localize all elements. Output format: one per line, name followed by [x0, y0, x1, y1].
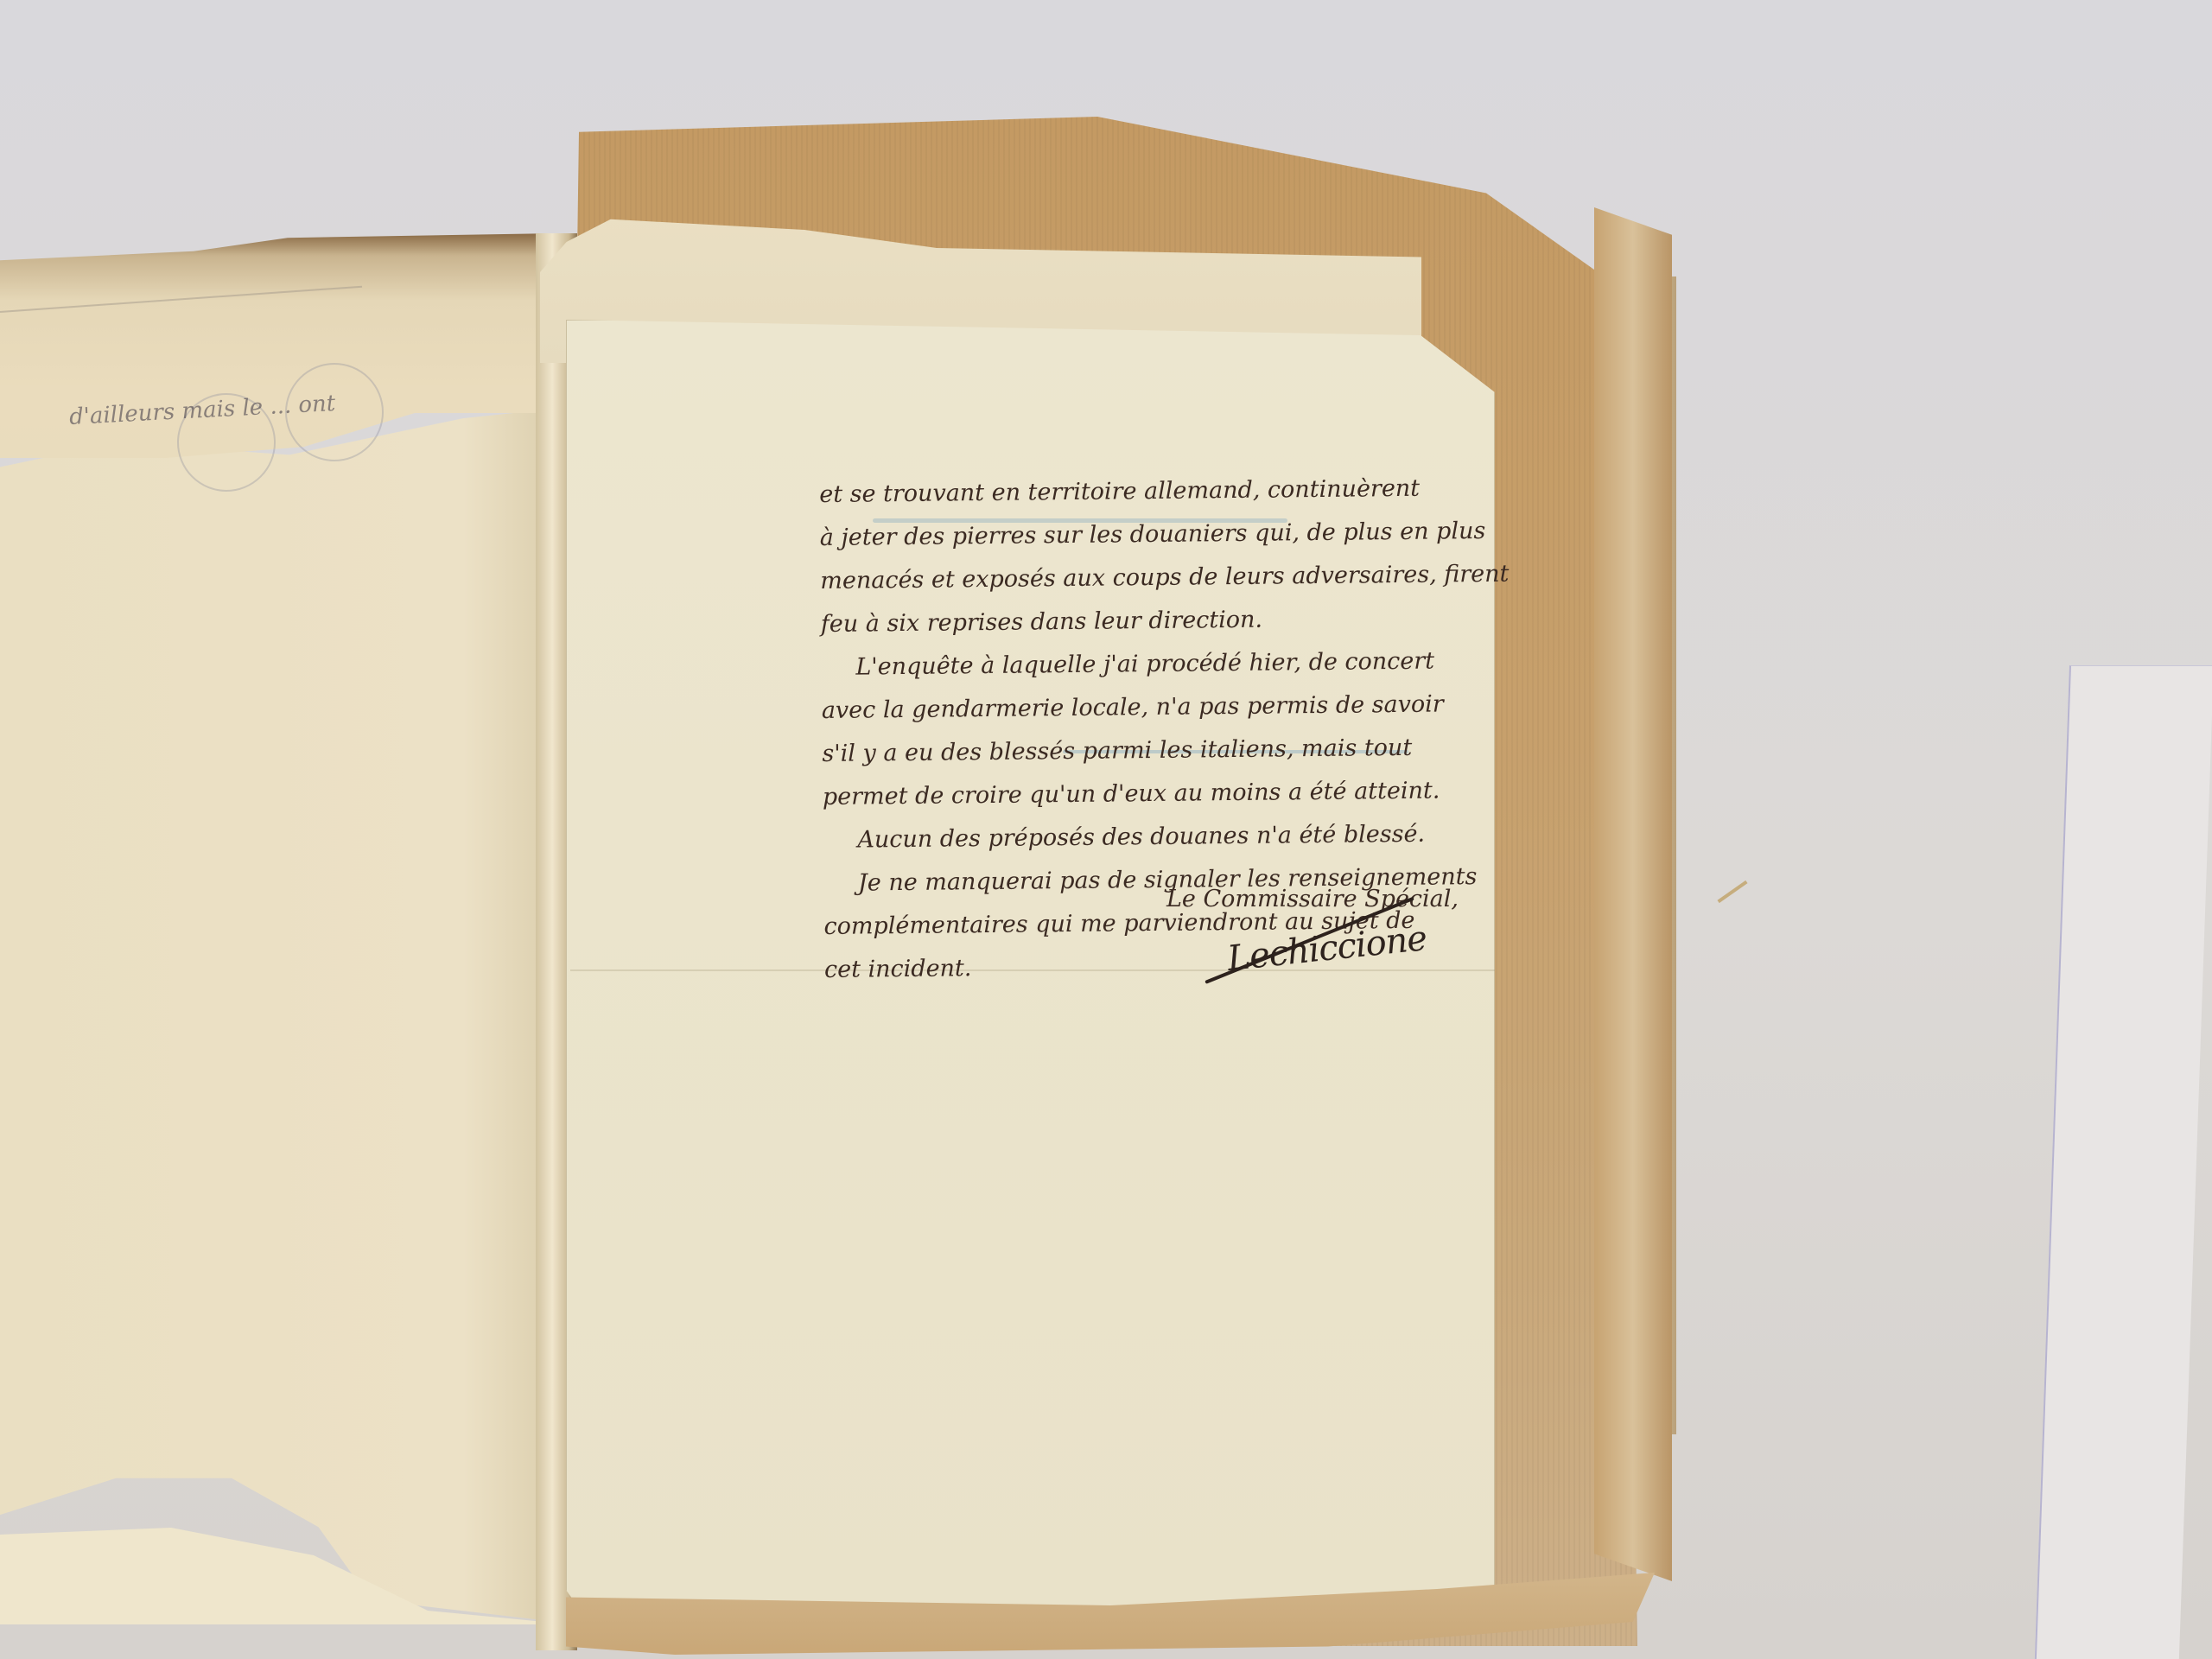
letter-line: avec la gendarmerie locale, n'a pas perm…	[822, 683, 1504, 733]
letter-line: L'enquête à laquelle j'ai procédé hier, …	[821, 639, 1503, 690]
letter-line: s'il y a eu des blessés parmi les italie…	[822, 726, 1504, 776]
letter-body: et se trouvant en territoire allemand, c…	[819, 467, 1507, 992]
letter-line: feu à six reprises dans leur direction.	[821, 596, 1503, 646]
loose-white-sheet	[2035, 665, 2212, 1659]
kraft-folder-edge	[1594, 207, 1672, 1581]
letter-line: Aucun des préposés des douanes n'a été b…	[823, 812, 1505, 862]
letter-line: à jeter des pierres sur les douaniers qu…	[820, 510, 1503, 560]
paper-fragment	[1717, 880, 1747, 903]
letter-line: et se trouvant en territoire allemand, c…	[819, 467, 1502, 517]
letter-line: menacés et exposés aux coups de leurs ad…	[820, 553, 1503, 603]
letter-closing: Le Commissaire Spécial,	[1166, 886, 1459, 912]
letter-line: permet de croire qu'un d'eux au moins a …	[823, 769, 1505, 819]
left-bound-page	[0, 406, 579, 1624]
